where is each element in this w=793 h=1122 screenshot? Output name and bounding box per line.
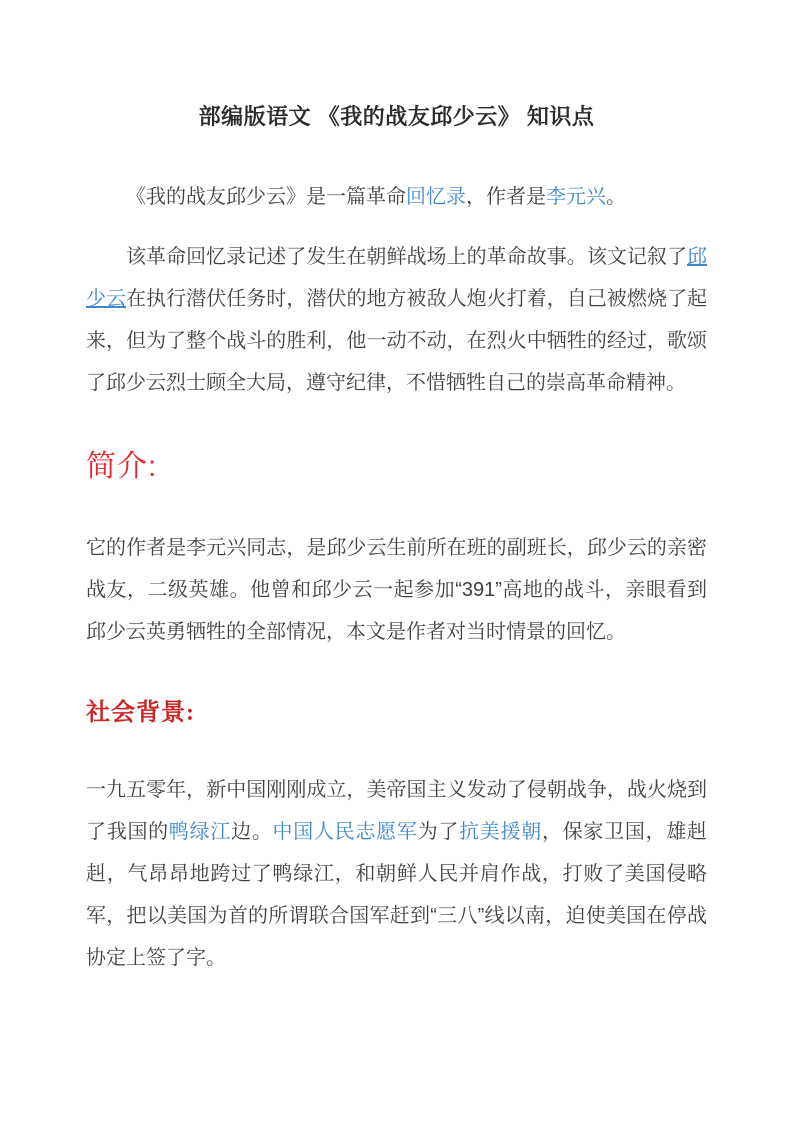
text-segment: ，保家卫国，雄赳赳，气昂昂地跨过了鸭绿江，和朝鲜人民并肩作战，打败了美国侵略军，…: [86, 821, 707, 969]
link-volunteer-army[interactable]: 中国人民志愿军: [273, 821, 418, 843]
text-segment: 。: [606, 186, 626, 208]
link-yalu-river[interactable]: 鸭绿江: [169, 821, 231, 843]
paragraph-history: 一九五零年，新中国刚刚成立，美帝国主义发动了侵朝战争，战火烧到了我国的鸭绿江边。…: [86, 769, 707, 979]
text-segment: 为了: [418, 821, 459, 843]
link-li-yuanxing[interactable]: 李元兴: [546, 186, 606, 208]
link-resist-us-aid-korea[interactable]: 抗美援朝: [459, 821, 542, 843]
section-heading-intro: 简介:: [86, 444, 707, 489]
paragraph-overview: 该革命回忆录记述了发生在朝鲜战场上的革命故事。该文记叙了邱少云在执行潜伏任务时，…: [86, 236, 707, 404]
document-title: 部编版语文 《我的战友邱少云》 知识点: [86, 104, 707, 130]
text-segment: ，作者是: [466, 186, 546, 208]
paragraph-intro: 《我的战友邱少云》是一篇革命回忆录，作者是李元兴。: [86, 176, 707, 218]
link-memoir[interactable]: 回忆录: [406, 186, 466, 208]
paragraph-author: 它的作者是李元兴同志，是邱少云生前所在班的副班长，邱少云的亲密战友，二级英雄。他…: [86, 527, 707, 653]
section-heading-social-background: 社会背景:: [86, 697, 707, 731]
text-segment: 该革命回忆录记述了发生在朝鲜战场上的革命故事。该文记叙了: [126, 246, 687, 268]
text-segment: 边。: [231, 821, 272, 843]
text-segment: 《我的战友邱少云》是一篇革命: [126, 186, 406, 208]
document-page: 部编版语文 《我的战友邱少云》 知识点 《我的战友邱少云》是一篇革命回忆录，作者…: [0, 0, 793, 1122]
text-segment: 在执行潜伏任务时，潜伏的地方被敌人炮火打着，自己被燃烧了起来，但为了整个战斗的胜…: [86, 288, 707, 394]
